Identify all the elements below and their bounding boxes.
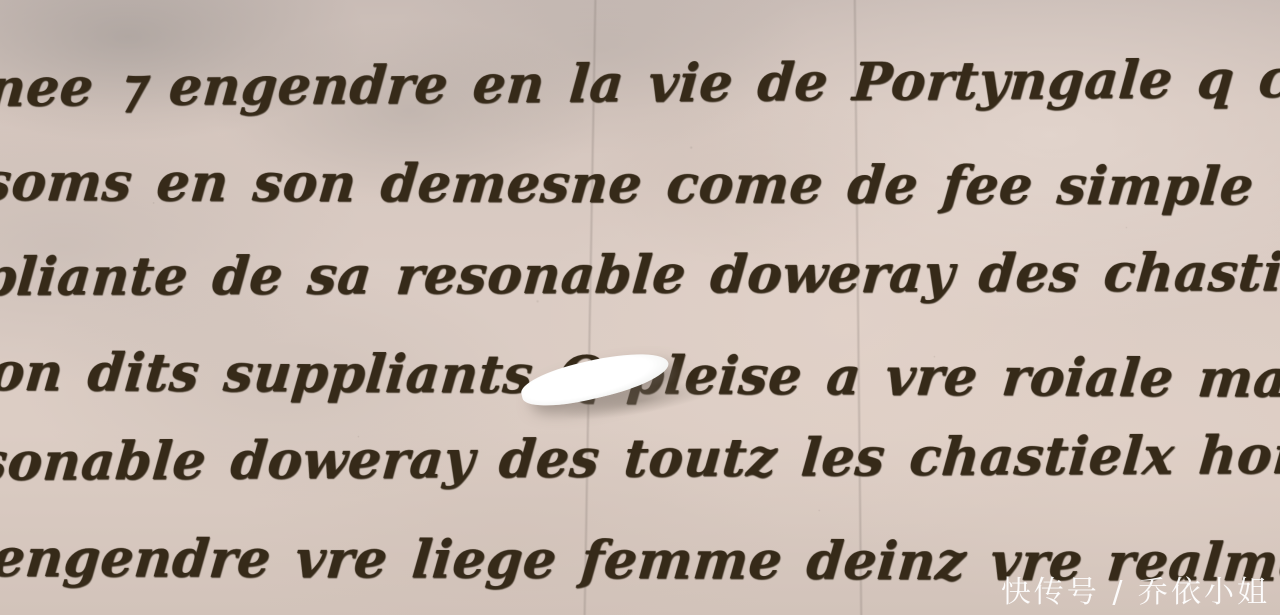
manuscript-line-1: nee ⁊ engendre en la vie de Portyngale q… (0, 47, 1280, 119)
manuscript-line-2: soms en son demesne come de fee simple ⁊… (0, 152, 1280, 218)
manuscript-photo: nee ⁊ engendre en la vie de Portyngale q… (0, 0, 1280, 615)
platform-watermark: 快传号 / 乔依小姐 (1001, 567, 1270, 611)
manuscript-line-3: pliante de sa resonable doweray des chas… (0, 242, 1280, 308)
manuscript-line-5: sonable doweray des toutz les chastielx … (0, 424, 1280, 493)
